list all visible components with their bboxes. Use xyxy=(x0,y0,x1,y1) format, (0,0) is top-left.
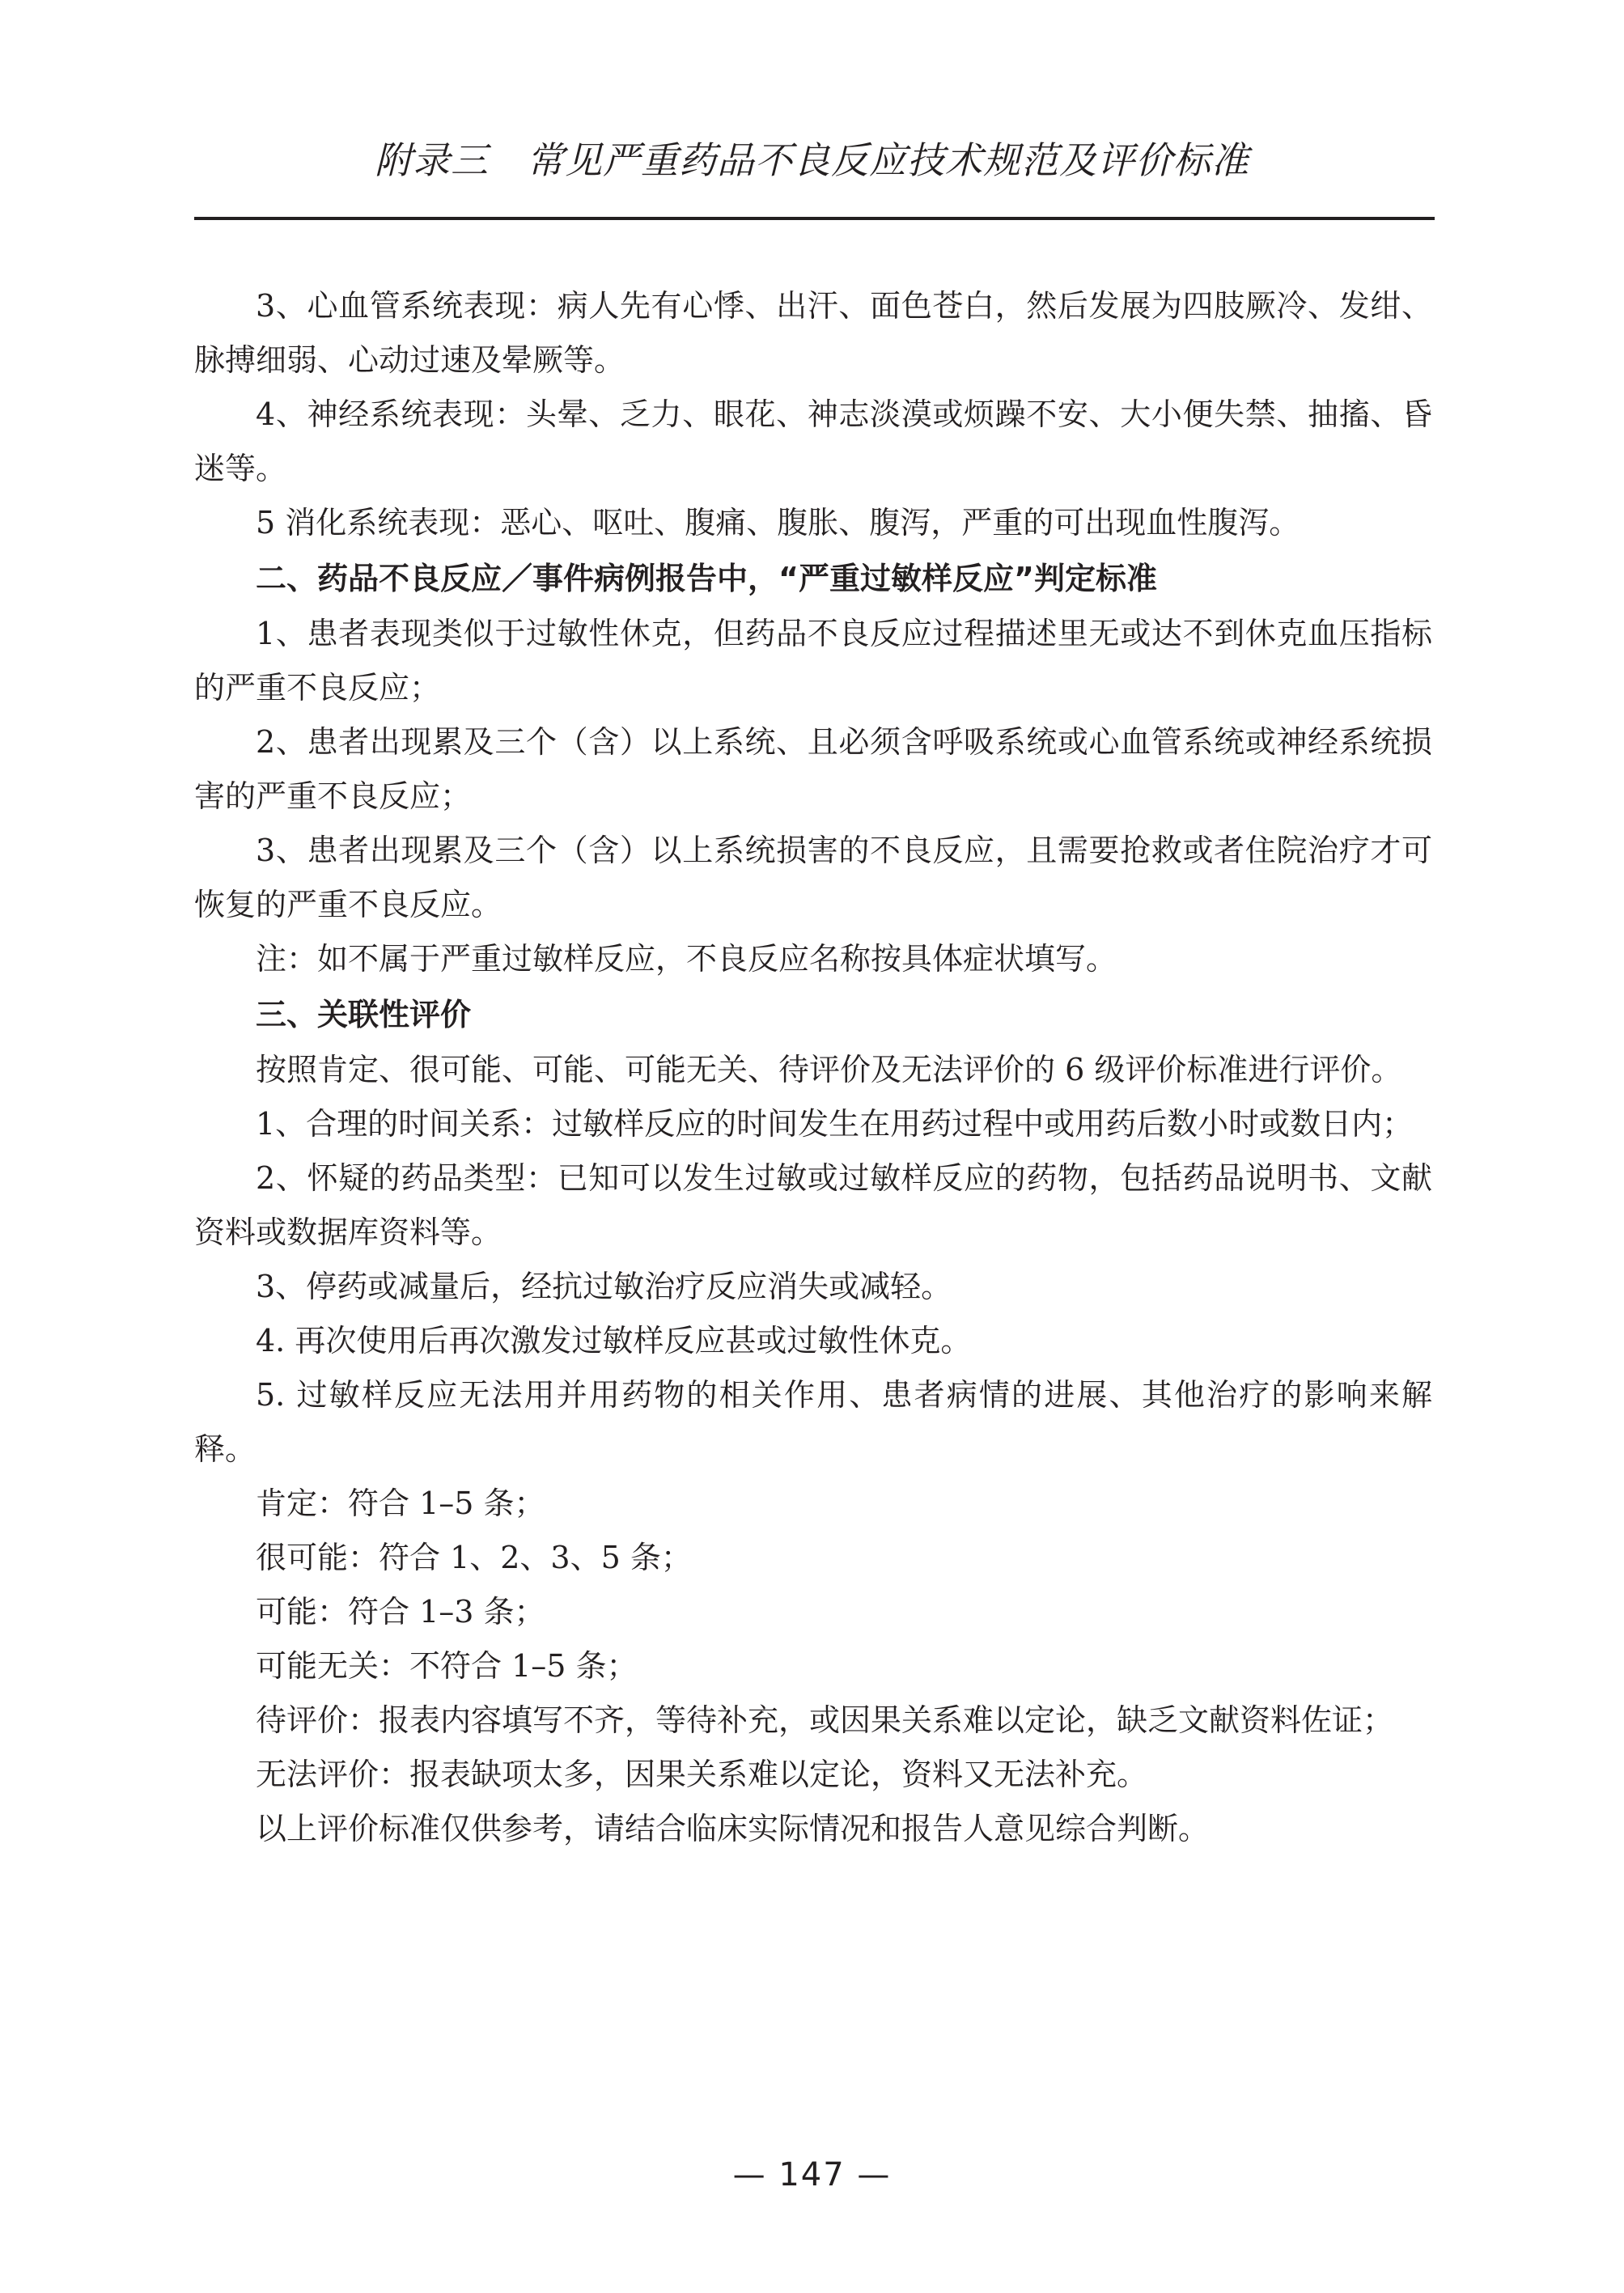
grade-certain: 肯定：符合 1–5 条； xyxy=(194,1477,1432,1531)
evaluation-item-5: 5. 过敏样反应无法用并用药物的相关作用、患者病情的进展、其他治疗的影响来解释。 xyxy=(194,1368,1432,1477)
page-body: 3、心血管系统表现：病人先有心悸、出汗、面色苍白，然后发展为四肢厥冷、发绀、脉搏… xyxy=(194,279,1432,1856)
paragraph-nervous: 4、神经系统表现：头晕、乏力、眼花、神志淡漠或烦躁不安、大小便失禁、抽搐、昏迷等… xyxy=(194,388,1432,496)
criterion-1: 1、患者表现类似于过敏性休克，但药品不良反应过程描述里无或达不到休克血压指标的严… xyxy=(194,607,1432,715)
criterion-3: 3、患者出现累及三个（含）以上系统损害的不良反应，且需要抢救或者住院治疗才可恢复… xyxy=(194,824,1432,932)
paragraph-cardiovascular: 3、心血管系统表现：病人先有心悸、出汗、面色苍白，然后发展为四肢厥冷、发绀、脉搏… xyxy=(194,279,1432,388)
header-divider xyxy=(194,217,1435,220)
page-number: — 147 — xyxy=(0,2155,1624,2195)
closing-remark: 以上评价标准仅供参考，请结合临床实际情况和报告人意见综合判断。 xyxy=(194,1802,1432,1856)
evaluation-item-4: 4. 再次使用后再次激发过敏样反应甚或过敏性休克。 xyxy=(194,1314,1432,1368)
evaluation-item-1: 1、合理的时间关系：过敏样反应的时间发生在用药过程中或用药后数小时或数日内； xyxy=(194,1097,1432,1151)
section-heading-3: 三、关联性评价 xyxy=(194,986,1432,1043)
evaluation-item-2: 2、怀疑的药品类型：已知可以发生过敏或过敏样反应的药物，包括药品说明书、文献资料… xyxy=(194,1151,1432,1260)
evaluation-intro: 按照肯定、很可能、可能、可能无关、待评价及无法评价的 6 级评价标准进行评价。 xyxy=(194,1043,1432,1097)
grade-possible: 可能：符合 1–3 条； xyxy=(194,1585,1432,1639)
criterion-2: 2、患者出现累及三个（含）以上系统、且必须含呼吸系统或心血管系统或神经系统损害的… xyxy=(194,715,1432,824)
grade-unassessable: 无法评价：报表缺项太多，因果关系难以定论，资料又无法补充。 xyxy=(194,1748,1432,1802)
grade-unlikely: 可能无关：不符合 1–5 条； xyxy=(194,1639,1432,1693)
evaluation-item-3: 3、停药或减量后，经抗过敏治疗反应消失或减轻。 xyxy=(194,1260,1432,1314)
section-heading-2: 二、药品不良反应／事件病例报告中，“严重过敏样反应”判定标准 xyxy=(194,550,1432,607)
running-header-title: 附录三 常见严重药品不良反应技术规范及评价标准 xyxy=(0,136,1624,184)
note-paragraph: 注：如不属于严重过敏样反应，不良反应名称按具体症状填写。 xyxy=(194,932,1432,986)
grade-pending: 待评价：报表内容填写不齐，等待补充，或因果关系难以定论，缺乏文献资料佐证； xyxy=(194,1693,1432,1748)
paragraph-digestive: 5 消化系统表现：恶心、呕吐、腹痛、腹胀、腹泻，严重的可出现血性腹泻。 xyxy=(194,496,1432,550)
grade-probable: 很可能：符合 1、2、3、5 条； xyxy=(194,1531,1432,1585)
